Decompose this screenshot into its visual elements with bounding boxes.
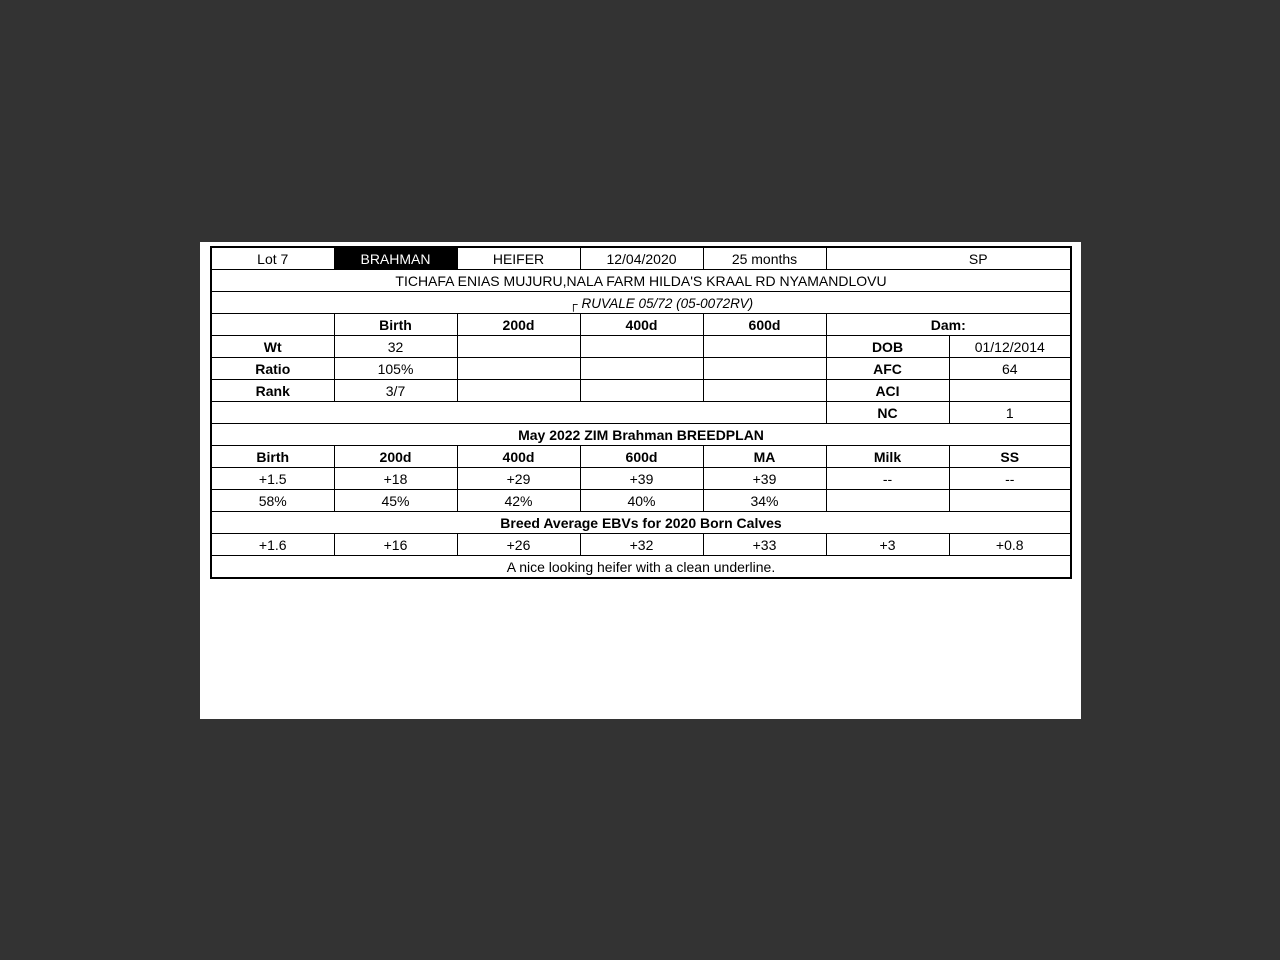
ebv-title: May 2022 ZIM Brahman BREEDPLAN xyxy=(211,424,1071,446)
ebv-values-row: +1.5 +18 +29 +39 +39 -- -- xyxy=(211,468,1071,490)
ebv-value: +29 xyxy=(457,468,580,490)
sire-sire: ┌RUVALE 05/72 (05-0072RV) xyxy=(569,295,753,313)
ebv-title-row: May 2022 ZIM Brahman BREEDPLAN xyxy=(211,424,1071,446)
ebv-value: -- xyxy=(949,468,1071,490)
ebv-header: 200d xyxy=(334,446,457,468)
ebv-accuracy: 40% xyxy=(580,490,703,512)
dam-info-value: 64 xyxy=(949,358,1071,380)
breed-avg-value: +3 xyxy=(826,534,949,556)
ebv-header: MA xyxy=(703,446,826,468)
lot-catalogue-table: Lot 7 BRAHMAN HEIFER 12/04/2020 25 month… xyxy=(210,246,1072,579)
code-value: SP xyxy=(969,251,988,267)
perf-value: 3/7 xyxy=(334,380,457,402)
catalogue-sheet: Lot 7 BRAHMAN HEIFER 12/04/2020 25 month… xyxy=(200,242,1081,719)
ebv-accuracy: 42% xyxy=(457,490,580,512)
breed-avg-value: +33 xyxy=(703,534,826,556)
perf-label: Wt xyxy=(211,336,334,358)
sex-label: HEIFER xyxy=(457,247,580,270)
performance-row: Wt 32 DOB 01/12/2014 xyxy=(211,336,1071,358)
ebv-accuracy: 34% xyxy=(703,490,826,512)
perf-value: 32 xyxy=(334,336,457,358)
perf-header-birth: Birth xyxy=(334,314,457,336)
ebv-accuracy xyxy=(826,490,949,512)
ebv-accuracy: 58% xyxy=(211,490,334,512)
breed-avg-value: +32 xyxy=(580,534,703,556)
ebv-value: +1.5 xyxy=(211,468,334,490)
breed-avg-value: +16 xyxy=(334,534,457,556)
perf-value xyxy=(580,336,703,358)
ebv-accuracy xyxy=(949,490,1071,512)
bracket-top-icon: ┌ xyxy=(569,297,578,311)
code-label: SP xyxy=(826,247,1071,270)
ebv-header-row: Birth 200d 400d 600d MA Milk SS xyxy=(211,446,1071,468)
perf-header-400d: 400d xyxy=(580,314,703,336)
ebv-value: -- xyxy=(826,468,949,490)
sire-sire-name: RUVALE 05/72 (05-0072RV) xyxy=(582,296,754,311)
lot-number: Lot 7 xyxy=(211,247,334,270)
dam-info-label: DOB xyxy=(826,336,949,358)
perf-header-600d: 600d xyxy=(703,314,826,336)
ebv-accuracy: 45% xyxy=(334,490,457,512)
breed-avg-value: +26 xyxy=(457,534,580,556)
dam-info-value: 01/12/2014 xyxy=(949,336,1071,358)
perf-header-200d: 200d xyxy=(457,314,580,336)
performance-row: Rank 3/7 ACI xyxy=(211,380,1071,402)
owner-row: TICHAFA ENIAS MUJURU,NALA FARM HILDA'S K… xyxy=(211,270,1071,292)
ebv-header: Milk xyxy=(826,446,949,468)
performance-header-row: Birth 200d 400d 600d Dam: xyxy=(211,314,1071,336)
comment-row: A nice looking heifer with a clean under… xyxy=(211,556,1071,579)
breed-avg-value: +1.6 xyxy=(211,534,334,556)
perf-value xyxy=(580,358,703,380)
perf-label: Rank xyxy=(211,380,334,402)
breed-avg-title: Breed Average EBVs for 2020 Born Calves xyxy=(211,512,1071,534)
dam-info-value xyxy=(949,380,1071,402)
perf-value xyxy=(580,380,703,402)
ebv-header: SS xyxy=(949,446,1071,468)
performance-row: Ratio 105% AFC 64 xyxy=(211,358,1071,380)
dam-info-label: AFC xyxy=(826,358,949,380)
header-row: Lot 7 BRAHMAN HEIFER 12/04/2020 25 month… xyxy=(211,247,1071,270)
perf-value xyxy=(703,380,826,402)
breed-avg-value: +0.8 xyxy=(949,534,1071,556)
dam-info-label: ACI xyxy=(826,380,949,402)
birth-date: 12/04/2020 xyxy=(580,247,703,270)
perf-label: Ratio xyxy=(211,358,334,380)
dam-nc-row: NC 1 xyxy=(211,402,1071,424)
dam-info-title: Dam: xyxy=(826,314,1071,336)
ebv-value: +18 xyxy=(334,468,457,490)
perf-value xyxy=(703,358,826,380)
perf-value xyxy=(703,336,826,358)
perf-value xyxy=(457,336,580,358)
breed-avg-title-row: Breed Average EBVs for 2020 Born Calves xyxy=(211,512,1071,534)
breed-label: BRAHMAN xyxy=(334,247,457,270)
perf-value: 105% xyxy=(334,358,457,380)
perf-value xyxy=(457,358,580,380)
dam-info-value: 1 xyxy=(949,402,1071,424)
ebv-value: +39 xyxy=(703,468,826,490)
perf-header-blank xyxy=(211,314,334,336)
ebv-value: +39 xyxy=(580,468,703,490)
ebv-header: Birth xyxy=(211,446,334,468)
ebv-header: 600d xyxy=(580,446,703,468)
blank-cell xyxy=(211,402,826,424)
pedigree-row: ┌RUVALE 05/72 (05-0072RV) ┌RUVALE 14 104… xyxy=(211,292,1071,314)
lot-comment: A nice looking heifer with a clean under… xyxy=(211,556,1071,579)
ebv-header: 400d xyxy=(457,446,580,468)
owner-address: TICHAFA ENIAS MUJURU,NALA FARM HILDA'S K… xyxy=(211,270,1071,292)
breed-avg-values-row: +1.6 +16 +26 +32 +33 +3 +0.8 xyxy=(211,534,1071,556)
perf-value xyxy=(457,380,580,402)
dam-info-label: NC xyxy=(826,402,949,424)
ebv-accuracy-row: 58% 45% 42% 40% 34% xyxy=(211,490,1071,512)
age-label: 25 months xyxy=(703,247,826,270)
pedigree-section: ┌RUVALE 05/72 (05-0072RV) ┌RUVALE 14 104… xyxy=(211,292,1071,314)
